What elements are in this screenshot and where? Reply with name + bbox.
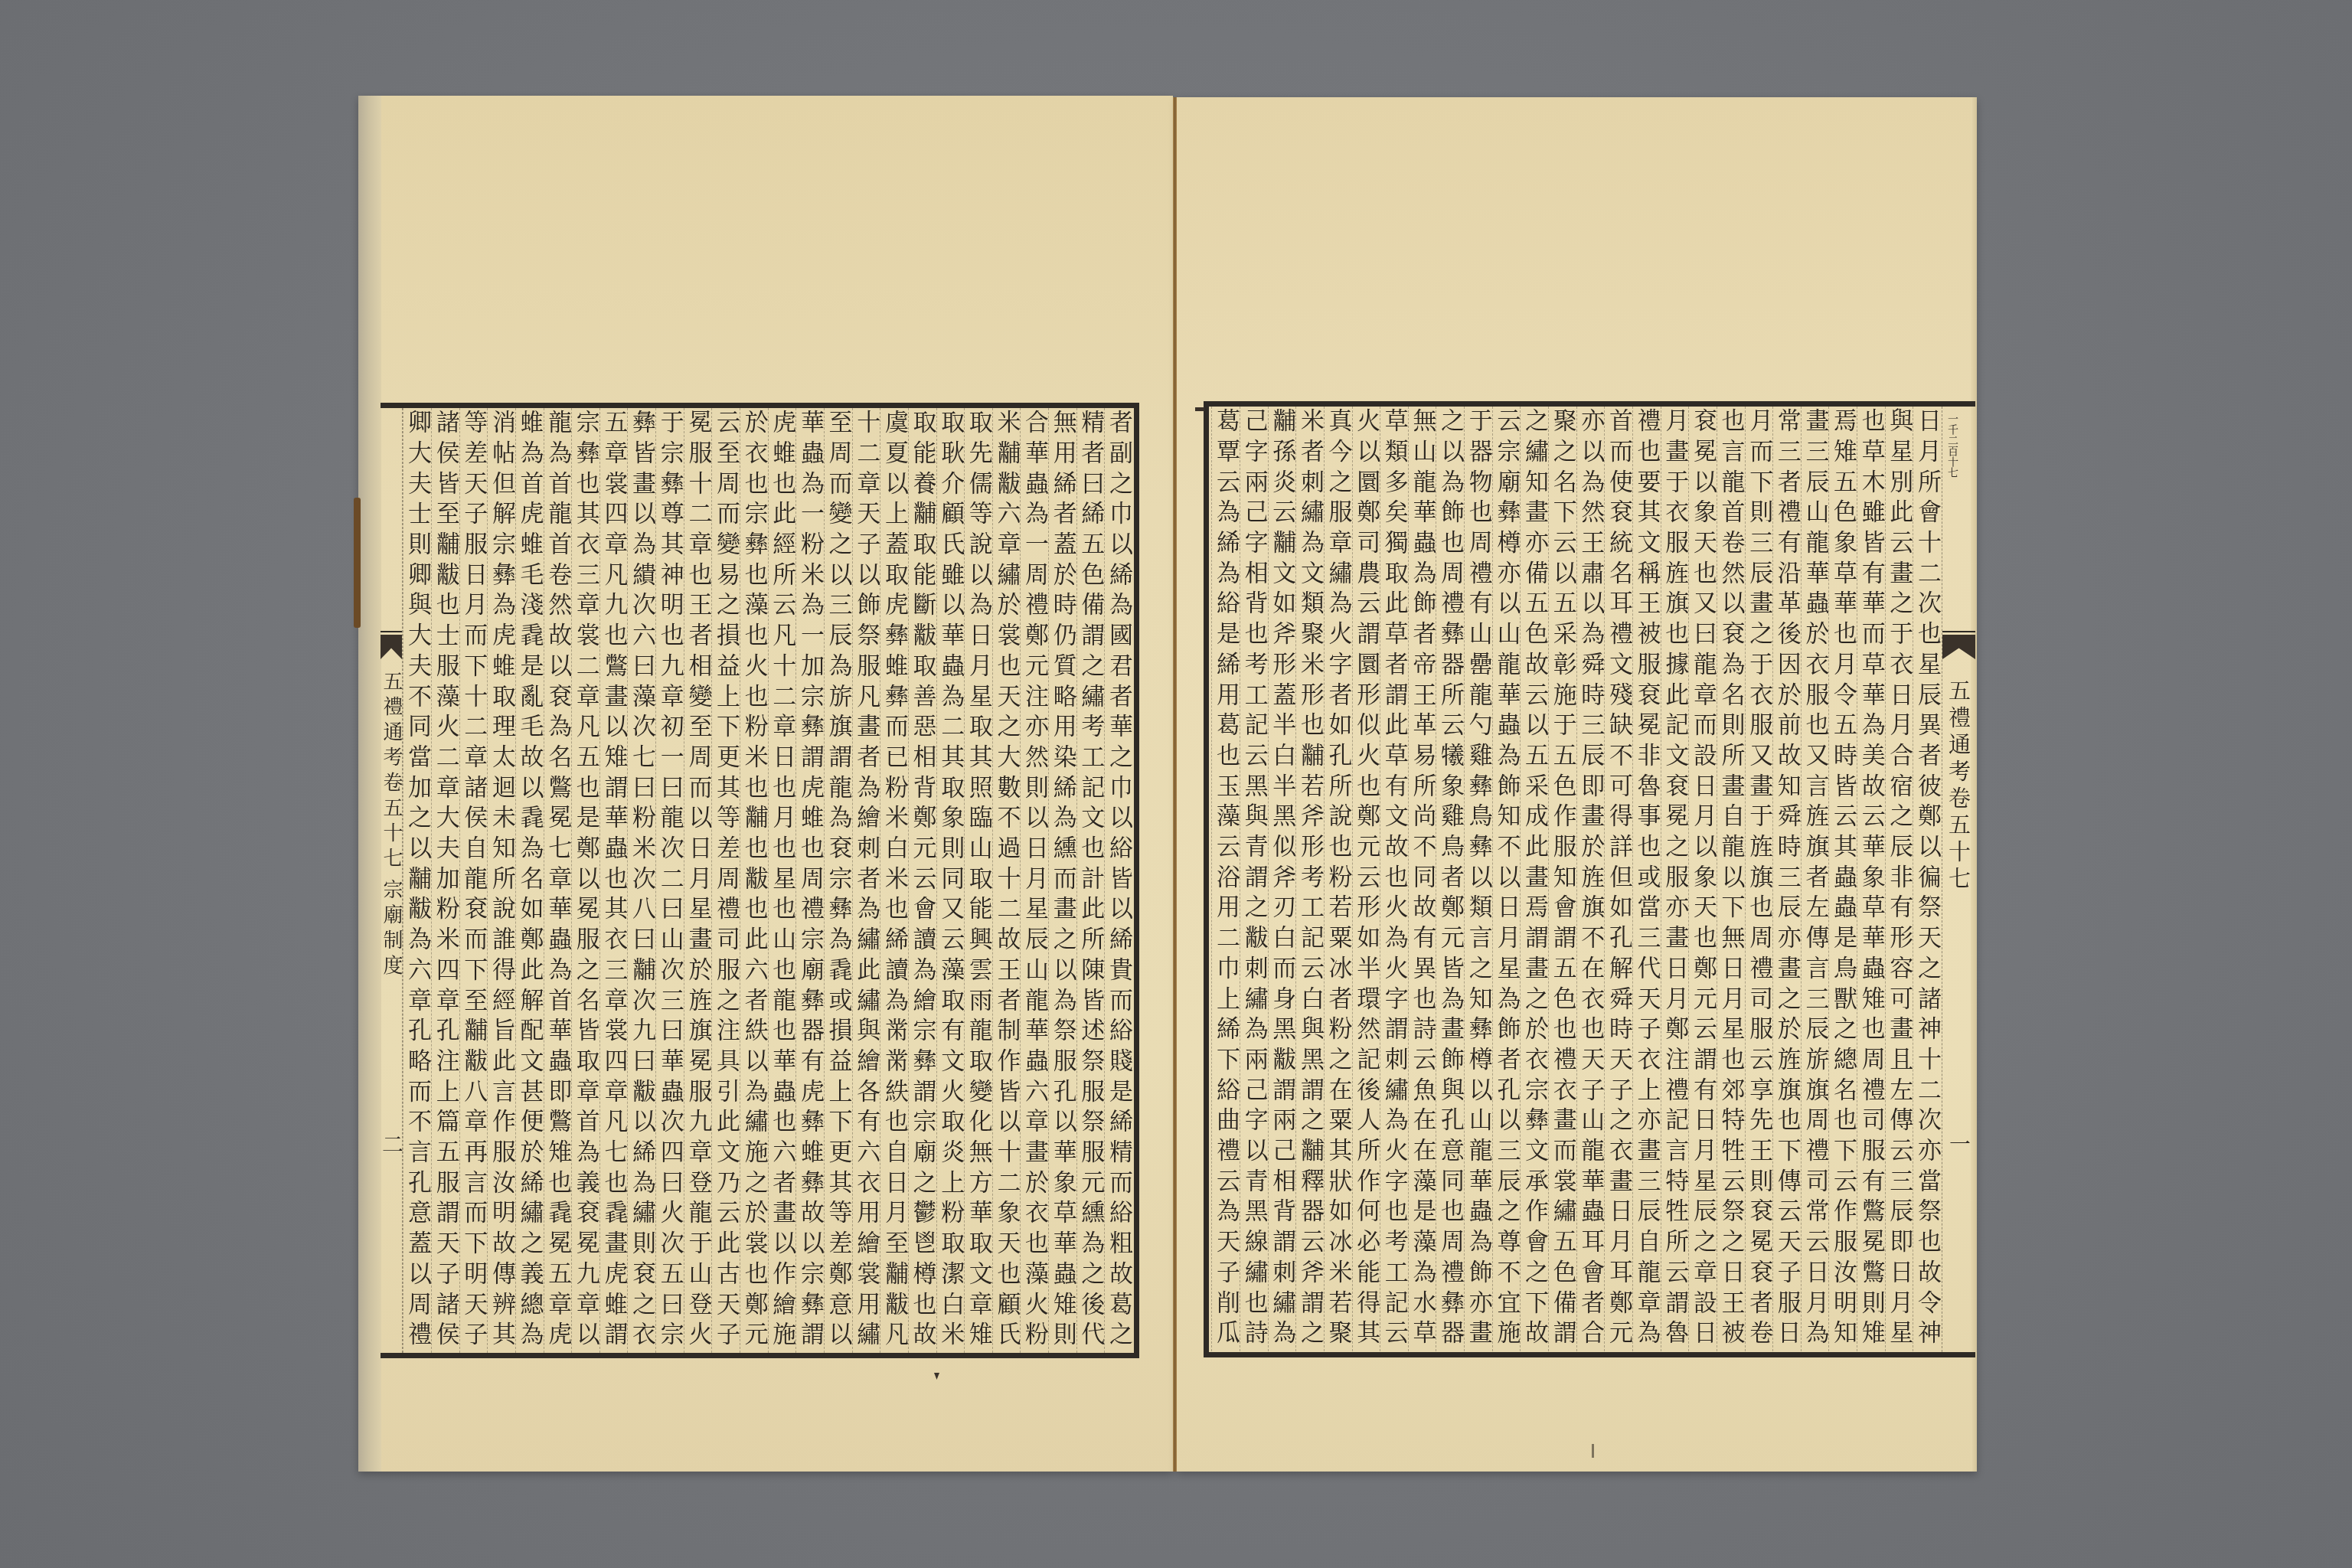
text-column: 無用絺者蓋於時仍質略用染絺為纁而畫之以為祭服孔以華象草華蟲雉則 [1048, 408, 1076, 1353]
left-page-number: 二 [381, 1133, 402, 1155]
text-column: 于器物也周禮有山罍龍勺雞彝鳥彝以類言之知彝樽以山龍華蟲為飾亦畫 [1464, 407, 1492, 1351]
text-column: 焉雉五色象草華也月令五時皆云其蟲蟲是鳥獸之總名也下云作服汝明知 [1828, 407, 1857, 1351]
text-column: 與星別此云畫之于衣日月合宿之辰非有形容可畫且左傳云三辰即日月星 [1885, 407, 1913, 1351]
right-page-text-block: 日月所會十二次也星辰異者彼鄭以徧祭天之諸神十二次亦當祭也故令神 與星別此云畫之于… [1211, 407, 1941, 1351]
right-margin-top-note: 一千二百十七 [1945, 413, 1960, 478]
text-column: 于宗彝尊其神明也九章初一曰龍次二曰山次三曰華蟲次四曰火次五曰宗 [655, 408, 684, 1353]
text-column: 消帖但解宗彝為虎蜼取理太迴未知所說誰得經旨此言作服汝明故傳辨其 [487, 408, 515, 1353]
text-column: 十二章天子以飾祭服凡畫者為繪刺者為繡此繡與繪各有六衣用繪裳用繡 [852, 408, 880, 1353]
text-column: 龍為首龍首卷然故以袞為名鷩冕七章華蟲為首華蟲即鷩雉也毳冕五章虎 [544, 408, 572, 1353]
text-column: 於衣也宗彝也藻也火也粉米也黼也黻也此六者紩以為繡施之於裳也鄭元 [740, 408, 768, 1353]
right-frame-bottom-border [1204, 1352, 1975, 1357]
left-margin-book-title: 五禮通考卷五十七 [381, 671, 402, 873]
text-column: 云至周而變易之損益上下更其等差周禮司服之注具引此文乃云此古天子 [711, 408, 740, 1353]
text-column: 諸侯皆至黼黻也士服藻火二章大夫加粉米四章孔注上篇五服謂天子諸侯 [431, 408, 459, 1353]
left-margin-line [381, 631, 402, 632]
text-column: 取耿介顧氏雖以華蟲為二其取象則同又云藻取有文火取炎上粉取潔白米 [936, 408, 965, 1353]
text-column: 蜼為首虎蜼毛淺毳是亂毛故以毳為名如鄭此解配文甚便於絺繡之義總為 [515, 408, 544, 1353]
text-column: 也言龍首卷然以袞為名則所畫自龍以下無日月星也郊特牲云祭之日王被 [1717, 407, 1745, 1351]
text-column: 合華蟲為一周禮鄭元注亦然則以日月星辰山龍華蟲六章畫於衣也藻火粉 [1020, 408, 1048, 1353]
text-column: 取先儒等說以為日月星取其照臨山取能興雲雨龍取變化無方華取文章雉 [964, 408, 992, 1353]
text-column: 之以為飾也周禮彝器所云犧象雞鳥者鄭元皆為畫飾與孔意同也周禮彝器 [1436, 407, 1464, 1351]
text-column: 火以圜鄭司農云謂圜形似火也鄭元云形如半環然記後人所作何必能得其 [1352, 407, 1380, 1351]
right-margin-book-title: 五禮通考卷五十七 [1945, 679, 1972, 893]
text-column: 至周而變之以三辰為旂旗謂龍為袞宗彝為毳或損益上下更其等差鄭意以 [824, 408, 852, 1353]
text-column: 月畫于衣服旌旗也據此記文袞冕之服亦畫日月鄭注禮記言特牲所云謂魯 [1661, 407, 1689, 1351]
text-column: 虞夏以上蓋取虎彝蜼彝而已粉米白米也絺讀為黹黹紩也自日月至黼黻凡 [880, 408, 908, 1353]
text-column: 卿大夫士則卿與大夫不同當加之以黼黻為六章孔略而不言孔意蓋以周禮 [403, 408, 431, 1353]
text-column: 云宗廟彝樽亦以山龍華蟲為飾知不以日月星為飾者孔以三辰之尊不宜施 [1492, 407, 1521, 1351]
text-column: 黼孫炎云黼文如斧形蓋半白半黑似斧刃白而身黑黻謂兩己相背謂刺繡為 [1268, 407, 1296, 1351]
text-column: 常三者禮有沿革後因於前故知舜時三辰亦畫之於旌旗也下傳云天子服日 [1772, 407, 1801, 1351]
right-page-number: 一 [1946, 1133, 1971, 1155]
text-column: 者副之巾以絺為國君者華之巾以綌皆以絺貴而綌賤是絺精而綌粗故葛之 [1104, 408, 1132, 1353]
text-column: 首而使袞統名耳禮文殘缺不可得詳但如孔解舜時天子之衣畫日月耳鄭元 [1604, 407, 1632, 1351]
left-margin-section-title: 宗廟制度 [381, 879, 402, 980]
text-column: 彝皆畫以為繢次六曰藻次七曰粉米次八曰黼次九曰黻以絺為繡則袞之衣 [627, 408, 655, 1353]
text-column: 虎蜼也此經所云凡十二章日也月也星也山也龍也華蟲也六者畫以作繪施 [768, 408, 796, 1353]
text-column: 葛覃云為絺為綌是絺用葛也玉藻云浴用二巾上絺下綌曲禮云為天子削瓜 [1211, 407, 1240, 1351]
right-frame-top-border [1204, 401, 1975, 407]
text-column: 冕服十二章也王者相變至周而以日月星畫於旌旗冕服九章登龍于山登火 [684, 408, 712, 1353]
book-gutter [1173, 97, 1177, 1472]
text-column: 也草木雖皆有華而草華為美故云華象草華蟲雉也周禮司服有鷩冕鷩則雉 [1857, 407, 1885, 1351]
text-column: 畫三辰山龍華蟲於衣服也又言旌旗者左傳言三辰旂旗周禮司常云日月為 [1801, 407, 1829, 1351]
text-column: 等差天子服日月而下十二章諸侯自龍袞而下至黼黻八章再言而下明天子 [459, 408, 488, 1353]
text-column: 華蟲為一粉米為一加宗彝謂虎蜼也周禮宗廟彝器有虎彝蜼彝故以宗彝謂 [795, 408, 824, 1353]
binding-tape [354, 498, 361, 628]
text-column: 草類多矣獨取此草者謂此草有文故也火為火字謂刺繡為火字也考工記云 [1380, 407, 1408, 1351]
ink-mark [1592, 1444, 1594, 1458]
left-page-text-block: 者副之巾以絺為國君者華之巾以綌皆以絺貴而綌賤是絺精而綌粗故葛之 精者曰絺五色備謂… [403, 408, 1132, 1353]
text-column: 袞冕以象天也又曰龍章而設日月以象天也鄭元云謂有日月星辰之章設日 [1688, 407, 1717, 1351]
left-binding-edge [358, 96, 381, 1472]
left-frame-top-border [381, 403, 1139, 408]
text-column: 亦以為然王肅以為舜時三辰即畫於旌旗不在衣也天子山龍華蟲耳會者合 [1576, 407, 1605, 1351]
text-column: 真今之服章繡為火字者如孔所說也粉若粟冰者粉之在粟其狀如冰米若聚 [1324, 407, 1352, 1351]
text-column: 宗彝也其衣三章裳二章凡五也是鄭以冕服之名皆取章首為義袞冕九章以 [571, 408, 599, 1353]
text-column: 精者曰絺五色備謂之繡考工記文也計此所陳皆述祭服祭服元纁為之後代 [1076, 408, 1105, 1353]
text-column: 米者刺繡為文類聚米形也黼若斧形考工記云白與黑謂之黼釋器云斧謂之 [1295, 407, 1324, 1351]
text-column: 取能養黼取能斷黻取善惡相背鄭元云會讀為繪宗彝謂宗廟之鬱鬯樽也故 [908, 408, 936, 1353]
text-column: 月而下則三辰畫之于衣服又畫于旌旗也周禮司服云享先王則袞冕袞者卷 [1745, 407, 1773, 1351]
frame-corner-mark [1195, 407, 1204, 411]
text-column: 聚之名下云以五采彰施于五色作服知會謂五色也禮衣畫而裳繡五色備謂 [1548, 407, 1576, 1351]
text-column: 己字兩己字相背也考工記云黑與青謂之黻刺繡為兩己字以青黑線繡也詩 [1240, 407, 1268, 1351]
text-column: 禮也要其文稱王被服袞冕非魯事也或當三代天子衣上亦畫三辰自龍章為 [1632, 407, 1661, 1351]
text-column: 之繡知畫亦備五色故云以五采成此畫焉謂畫之於衣宗彝文承作會之下故 [1520, 407, 1548, 1351]
right-margin-divider [1942, 407, 1942, 1352]
text-column: 五章裳四章凡九也鷩畫以雉謂華蟲也其衣三章裳四章凡七也毳畫虎蜼謂 [599, 408, 628, 1353]
left-frame-bottom-border [381, 1353, 1139, 1358]
right-frame-left-border [1204, 401, 1209, 1357]
text-column: 日月所會十二次也星辰異者彼鄭以徧祭天之諸神十二次亦當祭也故令神 [1913, 407, 1941, 1351]
text-column: 米黼黻六章繡於裳也天之大數不過十二故王者制作皆以十二象天也顧氏 [992, 408, 1021, 1353]
left-frame-right-border [1134, 403, 1139, 1358]
text-column: 無山龍華蟲為飾者帝王革易所尚不同故有異也詩云魚在在藻是藻為水草 [1408, 407, 1436, 1351]
right-margin-line [1942, 631, 1975, 632]
